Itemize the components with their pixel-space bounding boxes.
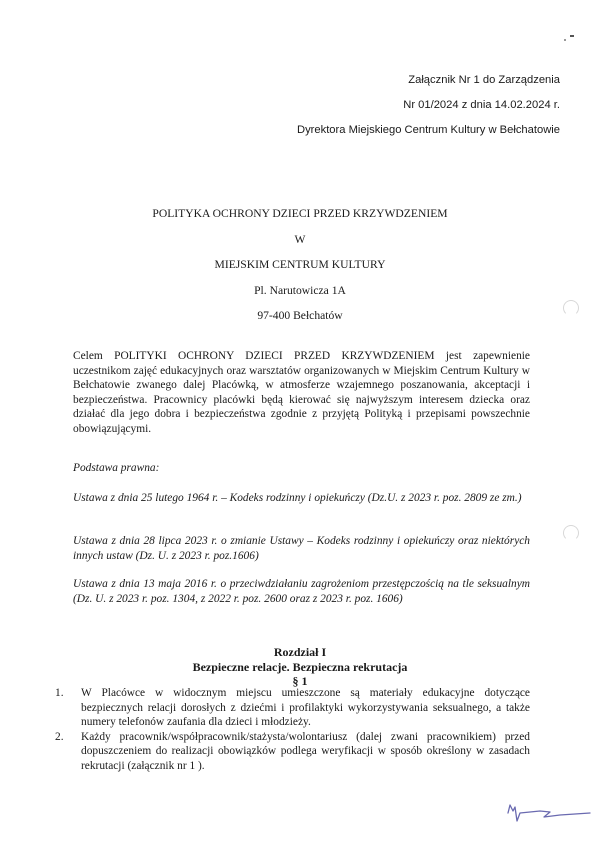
chapter-heading: Rozdział I Bezpieczne relacje. Bezpieczn…	[0, 645, 600, 689]
title-postal-city: 97-400 Bełchatów	[0, 303, 600, 329]
intro-paragraph: Celem POLITYKI OCHRONY DZIECI PRZED KRZY…	[73, 349, 530, 437]
section-items: 1. W Placówce w widocznym miejscu umiesz…	[55, 686, 530, 774]
chapter-number: Rozdział I	[0, 645, 600, 660]
legal-basis-heading: Podstawa prawna:	[73, 461, 530, 476]
annex-line-1: Załącznik Nr 1 do Zarządzenia	[297, 68, 560, 93]
legal-act-1: Ustawa z dnia 25 lutego 1964 r. – Kodeks…	[73, 491, 530, 506]
item-number: 2.	[55, 730, 64, 745]
list-item: 2. Każdy pracownik/współpracownik/stażys…	[55, 730, 530, 774]
punch-hole-mark	[563, 525, 579, 541]
item-text: W Placówce w widocznym miejscu umieszczo…	[81, 687, 530, 728]
item-number: 1.	[55, 686, 64, 701]
signature-icon	[500, 795, 595, 835]
annex-line-2: Nr 01/2024 z dnia 14.02.2024 r.	[297, 93, 560, 118]
title-line-2: W	[0, 227, 600, 253]
annex-line-3: Dyrektora Miejskiego Centrum Kultury w B…	[297, 118, 560, 143]
chapter-title: Bezpieczne relacje. Bezpieczna rekrutacj…	[0, 660, 600, 675]
legal-act-3: Ustawa z dnia 13 maja 2016 r. o przeciwd…	[73, 577, 530, 606]
list-item: 1. W Placówce w widocznym miejscu umiesz…	[55, 686, 530, 730]
scan-speck	[564, 39, 566, 41]
scan-speck	[570, 35, 574, 37]
legal-act-2: Ustawa z dnia 28 lipca 2023 r. o zmianie…	[73, 534, 530, 563]
title-line-1: POLITYKA OCHRONY DZIECI PRZED KRZYWDZENI…	[0, 201, 600, 227]
title-address: Pl. Narutowicza 1A	[0, 278, 600, 304]
annex-header: Załącznik Nr 1 do Zarządzenia Nr 01/2024…	[297, 68, 560, 143]
item-text: Każdy pracownik/współpracownik/stażysta/…	[81, 731, 530, 772]
title-line-3: MIEJSKIM CENTRUM KULTURY	[0, 252, 600, 278]
punch-hole-mark	[563, 300, 579, 316]
document-title: POLITYKA OCHRONY DZIECI PRZED KRZYWDZENI…	[0, 201, 600, 329]
